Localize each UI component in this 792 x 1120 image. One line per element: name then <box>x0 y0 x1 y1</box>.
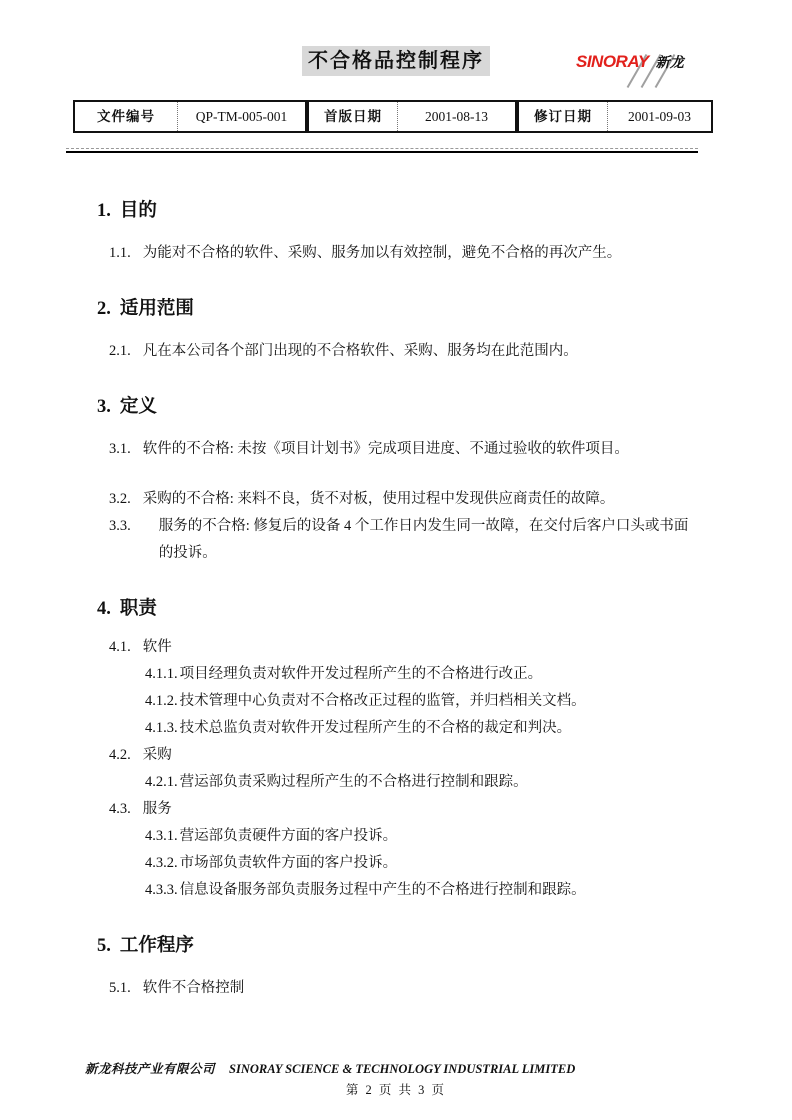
page-footer: 新龙科技产业有限公司SINORAY SCIENCE & TECHNOLOGY I… <box>85 1061 707 1098</box>
item-number: 4.2.1. <box>145 769 178 796</box>
list-item: 4.3. 服务 <box>109 796 695 823</box>
list-item: 4.3.2. 市场部负责软件方面的客户投诉。 <box>145 850 695 877</box>
item-number: 4.1.2. <box>145 688 178 715</box>
item-text: 采购 <box>143 742 172 769</box>
item-number: 4.1.3. <box>145 715 178 742</box>
document-body: 1.目的 1.1. 为能对不合格的软件、采购、服务加以有效控制，避免不合格的再次… <box>97 199 695 1002</box>
item-text: 服务的不合格: 修复后的设备 4 个工作日内发生同一故障，在交付后客户口头或书面… <box>159 513 695 567</box>
item-number: 4.3.1. <box>145 823 178 850</box>
section-scope: 2.适用范围 2.1. 凡在本公司各个部门出现的不合格软件、采购、服务均在此范围… <box>97 297 695 365</box>
section-title: 职责 <box>120 599 157 619</box>
list-item: 4.1.3. 技术总监负责对软件开发过程所产生的不合格的裁定和判决。 <box>145 715 695 742</box>
item-text: 技术管理中心负责对不合格改正过程的监管，并归档相关文档。 <box>180 688 586 715</box>
page-title: 不合格品控制程序 <box>302 46 490 76</box>
section-number: 5. <box>97 936 111 956</box>
item-text: 软件不合格控制 <box>143 975 245 1002</box>
item-number: 4.3.3. <box>145 877 178 904</box>
list-item: 4.3.3. 信息设备服务部负责服务过程中产生的不合格进行控制和跟踪。 <box>145 877 695 904</box>
company-logo: SINORAY 新龙 <box>576 42 714 96</box>
item-number: 4.3. <box>109 796 131 823</box>
header-divider <box>66 148 698 153</box>
doc-meta-table: 文件编号 QP-TM-005-001 首版日期 2001-08-13 修订日期 … <box>73 100 713 133</box>
meta-label-first-issue-date: 首版日期 <box>305 102 397 131</box>
meta-value-first-issue-date: 2001-08-13 <box>397 102 515 131</box>
section-definitions: 3.定义 3.1. 软件的不合格: 未按《项目计划书》完成项目进度、不通过验收的… <box>97 395 695 567</box>
section-number: 3. <box>97 397 111 417</box>
footer-company-cn: 新龙科技产业有限公司 <box>85 1062 215 1076</box>
item-number: 3.1. <box>109 436 131 463</box>
item-number: 5.1. <box>109 975 131 1002</box>
logo-brand-en: SINORAY <box>576 52 649 71</box>
meta-label-revision-date: 修订日期 <box>515 102 607 131</box>
section-heading: 2.适用范围 <box>97 297 695 322</box>
item-text: 凡在本公司各个部门出现的不合格软件、采购、服务均在此范围内。 <box>143 338 578 365</box>
meta-value-doc-number: QP-TM-005-001 <box>177 102 305 131</box>
footer-page-number: 第 2 页 共 3 页 <box>85 1082 707 1098</box>
item-text: 服务 <box>143 796 172 823</box>
section-heading: 4.职责 <box>97 597 695 622</box>
section-title: 工作程序 <box>120 936 194 956</box>
item-text: 采购的不合格: 来料不良，货不对板，使用过程中发现供应商责任的故障。 <box>143 486 615 513</box>
section-heading: 3.定义 <box>97 395 695 420</box>
item-text: 技术总监负责对软件开发过程所产生的不合格的裁定和判决。 <box>180 715 572 742</box>
footer-company-line: 新龙科技产业有限公司SINORAY SCIENCE & TECHNOLOGY I… <box>85 1061 707 1077</box>
item-text: 项目经理负责对软件开发过程所产生的不合格进行改正。 <box>180 661 543 688</box>
item-number: 4.1.1. <box>145 661 178 688</box>
list-item: 4.2. 采购 <box>109 742 695 769</box>
item-text: 营运部负责采购过程所产生的不合格进行控制和跟踪。 <box>180 769 528 796</box>
section-number: 2. <box>97 299 111 319</box>
item-text: 软件 <box>143 634 172 661</box>
footer-company-en: SINORAY SCIENCE & TECHNOLOGY INDUSTRIAL … <box>229 1062 575 1076</box>
document-page: 不合格品控制程序 SINORAY 新龙 文件编号 QP-TM-005-001 首… <box>0 0 792 1120</box>
list-item: 3.3. 服务的不合格: 修复后的设备 4 个工作日内发生同一故障，在交付后客户… <box>109 513 695 567</box>
item-text: 信息设备服务部负责服务过程中产生的不合格进行控制和跟踪。 <box>180 877 586 904</box>
item-number: 4.1. <box>109 634 131 661</box>
section-heading: 5.工作程序 <box>97 934 695 959</box>
item-number: 2.1. <box>109 338 131 365</box>
item-number: 1.1. <box>109 240 131 267</box>
item-number: 3.2. <box>109 486 131 513</box>
list-item: 1.1. 为能对不合格的软件、采购、服务加以有效控制，避免不合格的再次产生。 <box>109 240 695 267</box>
list-item: 2.1. 凡在本公司各个部门出现的不合格软件、采购、服务均在此范围内。 <box>109 338 695 365</box>
logo-brand-cn: 新龙 <box>656 56 684 71</box>
list-item: 4.1. 软件 <box>109 634 695 661</box>
logo-text: SINORAY 新龙 <box>576 52 684 72</box>
item-text: 营运部负责硬件方面的客户投诉。 <box>180 823 398 850</box>
list-item: 4.3.1. 营运部负责硬件方面的客户投诉。 <box>145 823 695 850</box>
item-text: 软件的不合格: 未按《项目计划书》完成项目进度、不通过验收的软件项目。 <box>143 436 629 463</box>
section-work-procedure: 5.工作程序 5.1. 软件不合格控制 <box>97 934 695 1002</box>
item-text: 市场部负责软件方面的客户投诉。 <box>180 850 398 877</box>
section-heading: 1.目的 <box>97 199 695 224</box>
item-number: 4.2. <box>109 742 131 769</box>
list-item: 4.1.1. 项目经理负责对软件开发过程所产生的不合格进行改正。 <box>145 661 695 688</box>
item-number: 4.3.2. <box>145 850 178 877</box>
section-title: 目的 <box>120 201 157 221</box>
section-purpose: 1.目的 1.1. 为能对不合格的软件、采购、服务加以有效控制，避免不合格的再次… <box>97 199 695 267</box>
list-item: 4.1.2. 技术管理中心负责对不合格改正过程的监管，并归档相关文档。 <box>145 688 695 715</box>
list-item: 4.2.1. 营运部负责采购过程所产生的不合格进行控制和跟踪。 <box>145 769 695 796</box>
section-title: 适用范围 <box>120 299 194 319</box>
meta-value-revision-date: 2001-09-03 <box>607 102 711 131</box>
section-number: 1. <box>97 201 111 221</box>
item-number: 3.3. <box>109 513 131 567</box>
section-number: 4. <box>97 599 111 619</box>
list-item: 3.2. 采购的不合格: 来料不良，货不对板，使用过程中发现供应商责任的故障。 <box>109 486 695 513</box>
section-title: 定义 <box>120 397 157 417</box>
list-item: 3.1. 软件的不合格: 未按《项目计划书》完成项目进度、不通过验收的软件项目。 <box>109 436 695 463</box>
item-text: 为能对不合格的软件、采购、服务加以有效控制，避免不合格的再次产生。 <box>143 240 622 267</box>
list-item: 5.1. 软件不合格控制 <box>109 975 695 1002</box>
section-responsibilities: 4.职责 4.1. 软件 4.1.1. 项目经理负责对软件开发过程所产生的不合格… <box>97 597 695 904</box>
meta-label-doc-number: 文件编号 <box>75 102 177 131</box>
